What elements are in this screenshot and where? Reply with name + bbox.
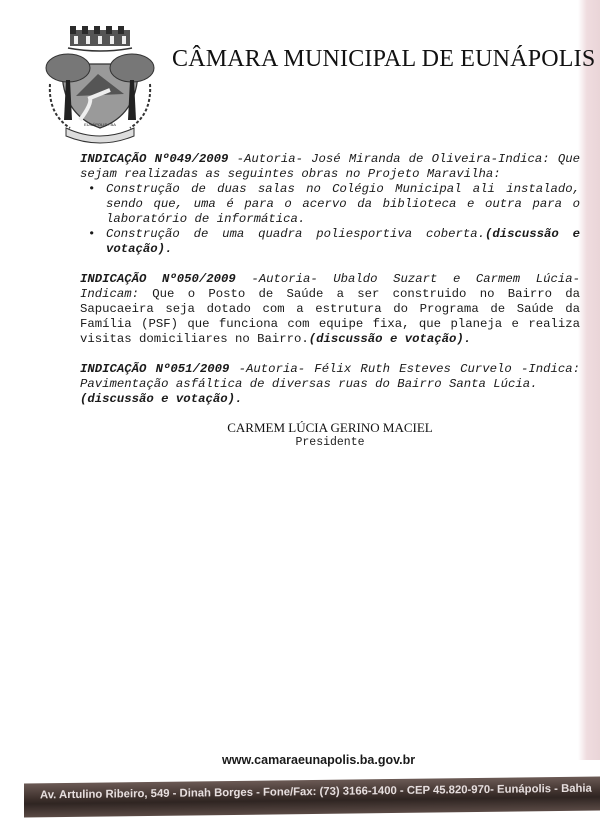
indication-body: Pavimentação asfáltica de diversas ruas … [80, 377, 538, 391]
indication-author: -Autoria- Félix Ruth Esteves Curvelo -In… [229, 362, 580, 376]
indication-number: INDICAÇÃO Nº051/2009 [80, 362, 229, 376]
list-item: Construção de duas salas no Colégio Muni… [106, 182, 580, 227]
works-list: Construção de duas salas no Colégio Muni… [80, 182, 580, 257]
indication-050: INDICAÇÃO Nº050/2009 -Autoria- Ubaldo Su… [80, 272, 580, 347]
coat-of-arms-logo: EUNÁPOLIS - BA [40, 24, 160, 146]
signature-block: CARMEM LÚCIA GERINO MACIEL Presidente [0, 420, 600, 449]
indications-list: INDICAÇÃO Nº049/2009 -Autoria- José Mira… [80, 152, 580, 422]
scan-edge-tint [578, 0, 600, 760]
indication-051: INDICAÇÃO Nº051/2009 -Autoria- Félix Rut… [80, 362, 580, 407]
website-link[interactable]: www.camaraeunapolis.ba.gov.br [222, 753, 415, 767]
indication-status: (discussão e votação). [309, 332, 471, 346]
list-item: Construção de uma quadra poliesportiva c… [106, 227, 580, 257]
indication-number: INDICAÇÃO Nº050/2009 [80, 272, 236, 286]
indication-049: INDICAÇÃO Nº049/2009 -Autoria- José Mira… [80, 152, 580, 257]
indication-number: INDICAÇÃO Nº049/2009 [80, 152, 228, 166]
signatory-role: Presidente [0, 436, 600, 449]
signatory-name: CARMEM LÚCIA GERINO MACIEL [0, 420, 600, 436]
institution-title: CÂMARA MUNICIPAL DE EUNÁPOLIS [172, 46, 595, 73]
svg-text:EUNÁPOLIS - BA: EUNÁPOLIS - BA [84, 122, 116, 127]
indication-status: (discussão e votação). [80, 392, 242, 406]
